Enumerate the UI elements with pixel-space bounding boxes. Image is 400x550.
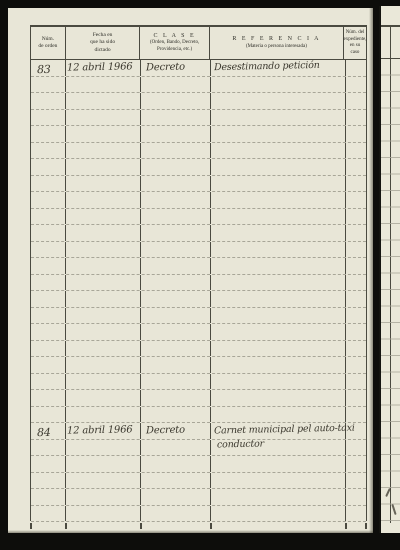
table-cell bbox=[346, 423, 366, 439]
column-header-referencia: R E F E R E N C I A (Materia o persona i… bbox=[210, 27, 344, 59]
table-cell bbox=[211, 308, 346, 324]
table-cell bbox=[346, 143, 366, 159]
table-cell bbox=[141, 126, 211, 142]
column-header-fecha: Fecha en que ha sido dictado bbox=[66, 27, 141, 59]
table-cell bbox=[31, 60, 66, 76]
table-cell bbox=[346, 225, 366, 241]
table-cell bbox=[346, 374, 366, 390]
table-cell bbox=[141, 423, 211, 439]
table-cell bbox=[31, 209, 66, 225]
table-row bbox=[31, 110, 366, 127]
table-cell bbox=[66, 390, 141, 406]
header-line: Providencia, etc.) bbox=[157, 47, 192, 54]
table-cell bbox=[141, 209, 211, 225]
table-cell bbox=[66, 176, 141, 192]
table-cell bbox=[66, 324, 141, 340]
table-cell bbox=[346, 209, 366, 225]
table-cell bbox=[346, 341, 366, 357]
table-row bbox=[31, 456, 366, 473]
table-cell bbox=[346, 60, 366, 76]
table-cell bbox=[66, 192, 141, 208]
table-cell bbox=[211, 357, 346, 373]
table-cell bbox=[141, 176, 211, 192]
table-cell bbox=[211, 209, 346, 225]
table-cell bbox=[141, 192, 211, 208]
table-cell bbox=[66, 143, 141, 159]
table-cell bbox=[141, 489, 211, 505]
table-cell bbox=[346, 506, 366, 522]
table-cell bbox=[211, 225, 346, 241]
table-row bbox=[31, 407, 366, 424]
table-cell bbox=[141, 308, 211, 324]
table-row bbox=[31, 423, 366, 440]
table-cell bbox=[141, 110, 211, 126]
table-cell bbox=[141, 291, 211, 307]
table-row bbox=[31, 192, 366, 209]
table-cell bbox=[66, 77, 141, 93]
table-row bbox=[31, 77, 366, 94]
table-cell bbox=[211, 473, 346, 489]
header-line: R E F E R E N C I A bbox=[232, 36, 320, 44]
column-header-num-orden: Núm. de orden bbox=[31, 27, 66, 59]
table-cell bbox=[31, 390, 66, 406]
table-cell bbox=[31, 291, 66, 307]
table-cell bbox=[346, 357, 366, 373]
table-cell bbox=[211, 456, 346, 472]
table-cell bbox=[346, 192, 366, 208]
table-row bbox=[31, 390, 366, 407]
table-cell bbox=[66, 258, 141, 274]
table-cell bbox=[31, 77, 66, 93]
column-header-clase: C L A S E (Orden, Bando, Decreto, Provid… bbox=[140, 27, 210, 59]
table-row bbox=[31, 341, 366, 358]
table-row bbox=[31, 275, 366, 292]
table-cell bbox=[141, 374, 211, 390]
column-tick bbox=[140, 523, 142, 529]
table-cell bbox=[66, 110, 141, 126]
table-cell bbox=[211, 176, 346, 192]
header-line: (Materia o persona interesada) bbox=[246, 44, 307, 51]
header-line: de orden bbox=[38, 43, 57, 50]
table-cell bbox=[211, 374, 346, 390]
table-cell bbox=[211, 489, 346, 505]
table-cell bbox=[66, 357, 141, 373]
table-cell bbox=[31, 308, 66, 324]
table-row bbox=[31, 242, 366, 259]
table-cell bbox=[211, 423, 346, 439]
table-cell bbox=[66, 374, 141, 390]
table-cell bbox=[31, 225, 66, 241]
table-cell bbox=[31, 159, 66, 175]
table-cell bbox=[346, 324, 366, 340]
table-cell bbox=[346, 291, 366, 307]
table-cell bbox=[211, 275, 346, 291]
table-cell bbox=[141, 473, 211, 489]
table-body bbox=[31, 60, 366, 522]
table-cell bbox=[141, 242, 211, 258]
header-line: que ha sido bbox=[90, 39, 115, 46]
table-cell bbox=[66, 126, 141, 142]
table-row bbox=[31, 357, 366, 374]
table-cell bbox=[211, 60, 346, 76]
table-header-row: Núm. de orden Fecha en que ha sido dicta… bbox=[31, 27, 366, 60]
table-cell bbox=[31, 324, 66, 340]
table-row bbox=[31, 506, 366, 523]
table-row bbox=[31, 225, 366, 242]
table-cell bbox=[31, 407, 66, 423]
table-cell bbox=[31, 374, 66, 390]
table-row bbox=[31, 473, 366, 490]
table-cell bbox=[346, 308, 366, 324]
table-cell bbox=[66, 456, 141, 472]
next-page-row-lines bbox=[381, 59, 400, 523]
table-row bbox=[31, 176, 366, 193]
header-line: dictado bbox=[94, 47, 110, 54]
table-cell bbox=[211, 77, 346, 93]
table-cell bbox=[141, 456, 211, 472]
table-cell bbox=[31, 473, 66, 489]
table-cell bbox=[211, 341, 346, 357]
table-cell bbox=[66, 209, 141, 225]
table-cell bbox=[211, 110, 346, 126]
table-cell bbox=[346, 258, 366, 274]
table-row bbox=[31, 308, 366, 325]
table-cell bbox=[141, 407, 211, 423]
table-cell bbox=[141, 506, 211, 522]
table-cell bbox=[141, 60, 211, 76]
table-cell bbox=[346, 440, 366, 456]
table-cell bbox=[141, 341, 211, 357]
column-tick bbox=[345, 523, 347, 529]
table-row bbox=[31, 143, 366, 160]
table-cell bbox=[211, 324, 346, 340]
table-cell bbox=[31, 143, 66, 159]
table-cell bbox=[346, 489, 366, 505]
table-cell bbox=[66, 291, 141, 307]
table-cell bbox=[31, 440, 66, 456]
column-tick bbox=[65, 523, 67, 529]
table-cell bbox=[66, 60, 141, 76]
table-row bbox=[31, 489, 366, 506]
table-cell bbox=[346, 242, 366, 258]
column-header-num-expediente: Núm. del expediente, en su caso bbox=[344, 27, 366, 59]
next-page-edge bbox=[379, 6, 400, 533]
table-cell bbox=[211, 291, 346, 307]
table-cell bbox=[211, 242, 346, 258]
table-cell bbox=[31, 456, 66, 472]
table-cell bbox=[31, 423, 66, 439]
table-cell bbox=[346, 159, 366, 175]
table-cell bbox=[346, 176, 366, 192]
table-row bbox=[31, 126, 366, 143]
table-cell bbox=[346, 407, 366, 423]
table-cell bbox=[211, 192, 346, 208]
header-line: C L A S E bbox=[154, 33, 196, 41]
table-cell bbox=[66, 489, 141, 505]
table-cell bbox=[141, 93, 211, 109]
column-tick bbox=[30, 523, 32, 529]
table-cell bbox=[141, 258, 211, 274]
table-cell bbox=[346, 473, 366, 489]
ledger-page: Núm. de orden Fecha en que ha sido dicta… bbox=[8, 8, 373, 533]
table-cell bbox=[31, 258, 66, 274]
table-cell bbox=[346, 93, 366, 109]
table-cell bbox=[31, 357, 66, 373]
table-cell bbox=[346, 126, 366, 142]
table-row bbox=[31, 258, 366, 275]
table-cell bbox=[31, 506, 66, 522]
table-cell bbox=[211, 390, 346, 406]
table-cell bbox=[346, 456, 366, 472]
table-cell bbox=[66, 275, 141, 291]
table-cell bbox=[141, 390, 211, 406]
column-tick bbox=[210, 523, 212, 529]
table-cell bbox=[211, 258, 346, 274]
table-row bbox=[31, 374, 366, 391]
table-cell bbox=[31, 242, 66, 258]
table-cell bbox=[31, 275, 66, 291]
table-cell bbox=[66, 407, 141, 423]
table-cell bbox=[141, 143, 211, 159]
table-cell bbox=[141, 275, 211, 291]
table-cell bbox=[31, 93, 66, 109]
table-cell bbox=[66, 308, 141, 324]
table-cell bbox=[66, 473, 141, 489]
table-row bbox=[31, 324, 366, 341]
table-row bbox=[31, 93, 366, 110]
table-cell bbox=[211, 159, 346, 175]
table-row bbox=[31, 60, 366, 77]
header-line: caso bbox=[351, 50, 360, 57]
table-cell bbox=[31, 341, 66, 357]
table-cell bbox=[346, 275, 366, 291]
table-cell bbox=[66, 159, 141, 175]
header-line: Fecha en bbox=[93, 32, 113, 39]
table-cell bbox=[211, 506, 346, 522]
table-row bbox=[31, 159, 366, 176]
table-cell bbox=[66, 440, 141, 456]
table-cell bbox=[31, 489, 66, 505]
table-cell bbox=[141, 225, 211, 241]
table-cell bbox=[141, 77, 211, 93]
table-cell bbox=[66, 93, 141, 109]
table-cell bbox=[141, 357, 211, 373]
table-cell bbox=[66, 341, 141, 357]
table-row bbox=[31, 291, 366, 308]
table-cell bbox=[211, 126, 346, 142]
table-cell bbox=[141, 159, 211, 175]
table-cell bbox=[66, 506, 141, 522]
table-cell bbox=[346, 77, 366, 93]
ledger-table: Núm. de orden Fecha en que ha sido dicta… bbox=[30, 25, 367, 521]
table-cell bbox=[66, 225, 141, 241]
table-cell bbox=[66, 423, 141, 439]
table-cell bbox=[141, 440, 211, 456]
column-tick bbox=[365, 523, 367, 529]
table-cell bbox=[211, 143, 346, 159]
table-cell bbox=[346, 390, 366, 406]
table-cell bbox=[211, 407, 346, 423]
header-line: Núm. bbox=[42, 36, 54, 43]
table-cell bbox=[31, 192, 66, 208]
table-cell bbox=[211, 440, 346, 456]
table-cell bbox=[31, 110, 66, 126]
table-row bbox=[31, 440, 366, 457]
table-row bbox=[31, 209, 366, 226]
table-cell bbox=[66, 242, 141, 258]
table-cell bbox=[31, 126, 66, 142]
table-cell bbox=[141, 324, 211, 340]
table-cell bbox=[31, 176, 66, 192]
table-cell bbox=[346, 110, 366, 126]
table-cell bbox=[211, 93, 346, 109]
